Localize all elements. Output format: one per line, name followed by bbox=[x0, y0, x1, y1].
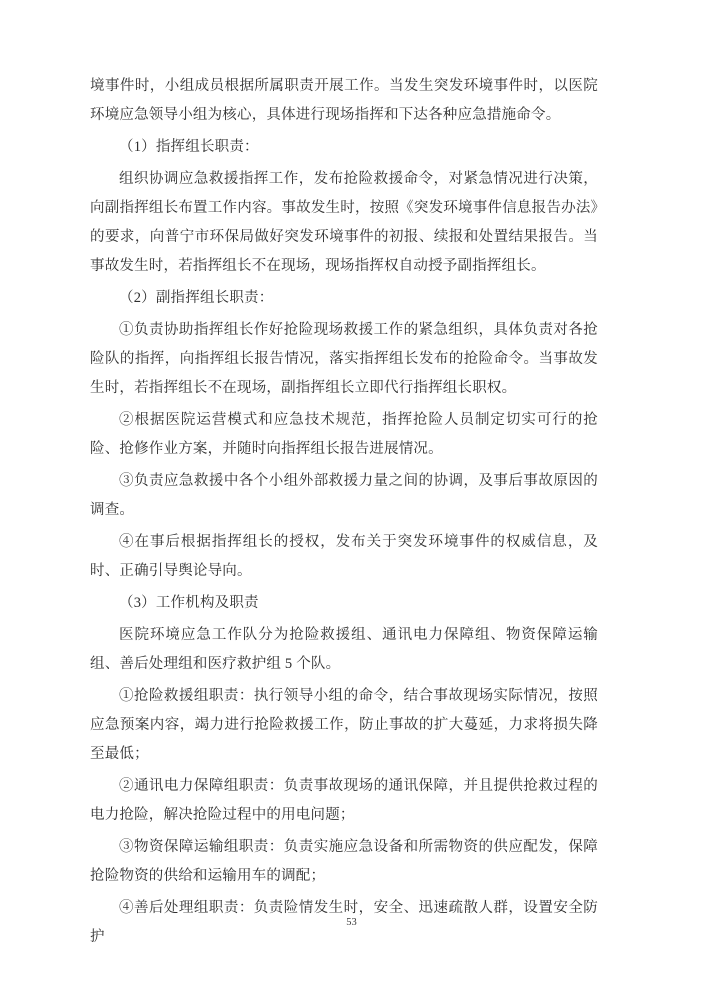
paragraph: 组织协调应急救援指挥工作，发布抢险救援命令，对紧急情况进行决策，向副指挥组长布置… bbox=[90, 165, 598, 281]
paragraph: （2）副指挥组长职责： bbox=[90, 284, 598, 313]
body-text: 境事件时，小组成员根据所属职责开展工作。当发生突发环境事件时，以医院环境应急领导… bbox=[90, 72, 598, 955]
paragraph: ①抢险救援组职责：执行领导小组的命令，结合事故现场实际情况，按照应急预案内容，竭… bbox=[90, 682, 598, 769]
paragraph: ③物资保障运输组职责：负责实施应急设备和所需物资的供应配发，保障抢险物资的供给和… bbox=[90, 833, 598, 891]
paragraph: ②根据医院运营模式和应急技术规范，指挥抢险人员制定切实可行的抢险、抢修作业方案，… bbox=[90, 406, 598, 464]
paragraph: （1）指挥组长职责： bbox=[90, 133, 598, 162]
paragraph: ①负责协助指挥组长作好抢险现场救援工作的紧急组织，具体负责对各抢险队的指挥，向指… bbox=[90, 316, 598, 403]
paragraph: ②通讯电力保障组职责：负责事故现场的通讯保障，并且提供抢救过程的电力抢险，解决抢… bbox=[90, 772, 598, 830]
paragraph: （3）工作机构及职责 bbox=[90, 589, 598, 618]
document-page: 境事件时，小组成员根据所属职责开展工作。当发生突发环境事件时，以医院环境应急领导… bbox=[0, 0, 703, 994]
page-number: 53 bbox=[0, 917, 703, 928]
paragraph: 境事件时，小组成员根据所属职责开展工作。当发生突发环境事件时，以医院环境应急领导… bbox=[90, 72, 598, 130]
paragraph: ③负责应急救援中各个小组外部救援力量之间的协调，及事后事故原因的调查。 bbox=[90, 467, 598, 525]
paragraph: 医院环境应急工作队分为抢险救援组、通讯电力保障组、物资保障运输组、善后处理组和医… bbox=[90, 621, 598, 679]
paragraph: ④在事后根据指挥组长的授权，发布关于突发环境事件的权威信息，及时、正确引导舆论导… bbox=[90, 528, 598, 586]
